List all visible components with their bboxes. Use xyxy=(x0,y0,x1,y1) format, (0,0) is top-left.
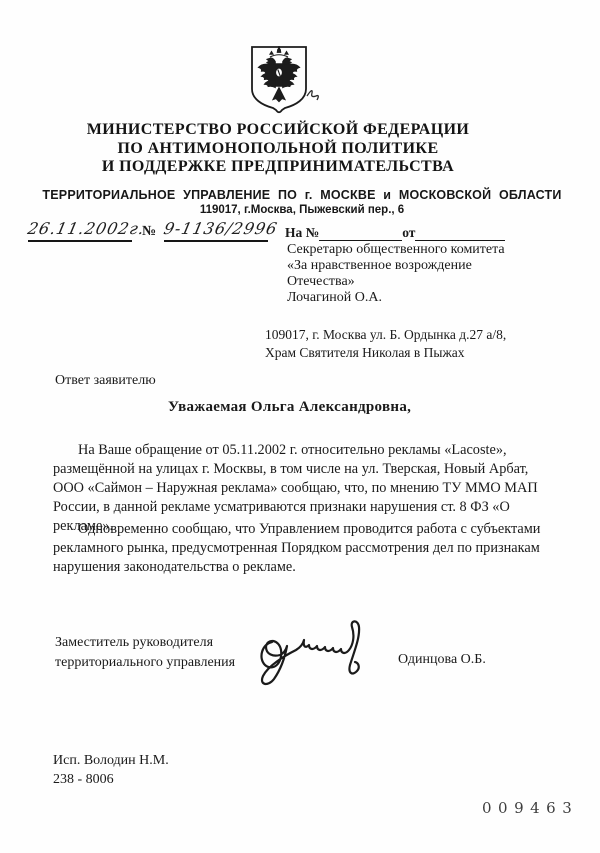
ministry-title-line2: ПО АНТИМОНОПОЛЬНОЙ ПОЛИТИКЕ xyxy=(0,140,556,159)
scanned-letter-page: МИНИСТЕРСТВО РОССИЙСКОЙ ФЕДЕРАЦИИ ПО АНТ… xyxy=(0,0,600,853)
ministry-title-line3: И ПОДДЕРЖКЕ ПРЕДПРИНИМАТЕЛЬСТВА xyxy=(0,158,556,177)
reply-date-blank xyxy=(415,226,505,241)
handwritten-number: 9-1136/2996 xyxy=(162,219,279,238)
scan-artifact-mark xyxy=(304,84,322,102)
recipient-block: Секретарю общественного комитета «За нра… xyxy=(287,242,532,306)
response-to-applicant-label: Ответ заявителю xyxy=(55,373,156,389)
stamp-number: 009463 xyxy=(482,799,578,817)
reply-reference-row: На № от xyxy=(285,225,505,241)
outgoing-date-field: 26.11.2002г. xyxy=(28,219,132,242)
outgoing-number-field: 9-1136/2996 xyxy=(164,219,268,242)
handwritten-date: 26.11.2002г. xyxy=(26,219,147,238)
signer-name: Одинцова О.Б. xyxy=(398,652,486,668)
reply-date-label: от xyxy=(402,225,415,241)
ministry-title: МИНИСТЕРСТВО РОССИЙСКОЙ ФЕДЕРАЦИИ ПО АНТ… xyxy=(0,121,556,177)
executor-line: Исп. Володин Н.М. xyxy=(53,753,169,769)
salutation: Уважаемая Ольга Александровна, xyxy=(168,399,411,416)
executor-phone: 238 - 8006 xyxy=(53,772,114,788)
territorial-department-line: ТЕРРИТОРИАЛЬНОЕ УПРАВЛЕНИЕ ПО г. МОСКВЕ … xyxy=(12,188,592,202)
body-paragraph-2: Одновременно сообщаю, что Управлением пр… xyxy=(53,520,558,577)
signer-position: Заместитель руководителя территориальног… xyxy=(55,633,235,673)
outgoing-reference-row: 26.11.2002г. № 9-1136/2996 xyxy=(28,219,268,242)
recipient-address: 109017, г. Москва ул. Б. Ордынка д.27 а/… xyxy=(265,326,525,361)
department-address-line: 119017, г.Москва, Пыжевский пер., 6 xyxy=(12,204,592,216)
reply-number-blank xyxy=(319,226,402,241)
signature-icon xyxy=(256,612,378,692)
ministry-title-line1: МИНИСТЕРСТВО РОССИЙСКОЙ ФЕДЕРАЦИИ xyxy=(0,121,556,140)
coat-of-arms-icon xyxy=(249,45,309,119)
reply-number-label: На № xyxy=(285,225,319,241)
